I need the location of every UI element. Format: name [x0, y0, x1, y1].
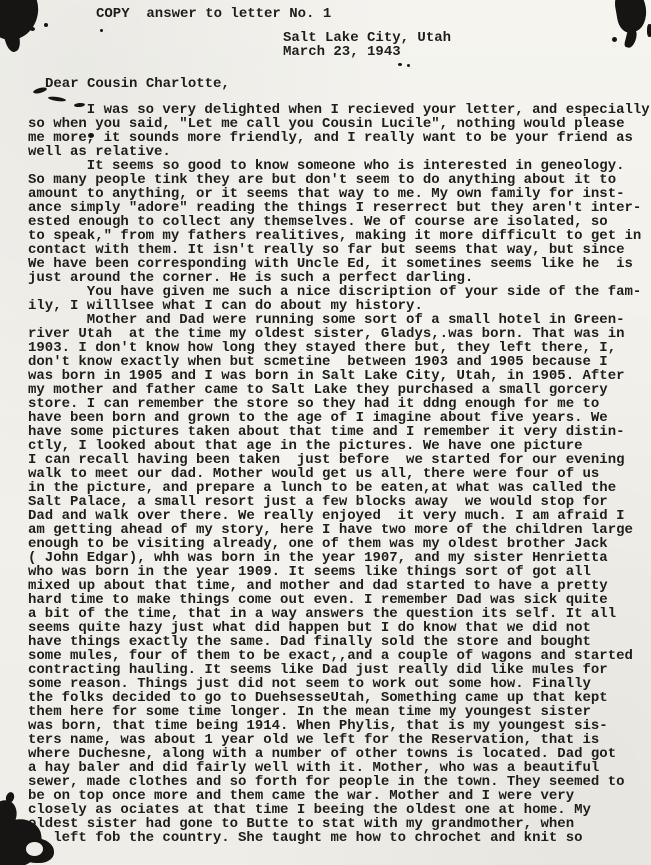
- letter-line: river Utah at the time my oldest sister,…: [28, 327, 647, 341]
- letter-line: was born in 1905 and I was born in Salt …: [28, 369, 647, 383]
- letter-line: I was so very delighted when I recieved …: [28, 103, 647, 117]
- letter-line: sewer, made clothes and so forth for peo…: [28, 775, 647, 789]
- letter-line: so when you said, "Let me call you Cousi…: [28, 117, 647, 131]
- letter-line: enough to be visiting already, one of th…: [28, 537, 647, 551]
- letter-line: Salt Palace, a small resort just a few b…: [28, 495, 647, 509]
- ink-speck: [44, 23, 48, 27]
- letter-line: left fob the country. She taught me how …: [28, 831, 647, 845]
- letter-line: hard time to make things come out even. …: [28, 593, 647, 607]
- letter-line: amount to anything, or it seems that way…: [28, 187, 647, 201]
- letter-line: just around the corner. He is such a per…: [28, 271, 647, 285]
- letter-line: walk to meet our dad. Mother would get u…: [28, 467, 647, 481]
- letter-line: So many people tink they are but don't s…: [28, 173, 647, 187]
- letter-line: mixed up about that time, and mother and…: [28, 579, 647, 593]
- letter-line: my mother and father came to Salt Lake t…: [28, 383, 647, 397]
- salutation: Dear Cousin Charlotte,: [45, 77, 230, 91]
- letter-line: am getting ahead of my story, here I hav…: [28, 523, 647, 537]
- letter-line: store. I can remember the store so they …: [28, 397, 647, 411]
- letter-line: oldest sister had gone to Butte to stat …: [28, 817, 647, 831]
- letter-line: well as relative.: [28, 145, 647, 159]
- letter-line: ( John Edgar), whh was born in the year …: [28, 551, 647, 565]
- letter-line: ance simply "adore" reading the things I…: [28, 201, 647, 215]
- ink-smudge: [33, 86, 48, 94]
- ink-speck: [30, 27, 35, 31]
- letter-place: Salt Lake City, Utah: [283, 31, 451, 45]
- letter-line: them here for some time longer. In the m…: [28, 705, 647, 719]
- ink-speck: [612, 37, 617, 42]
- ink-speck: [88, 133, 94, 138]
- letter-line: You have given me such a nice discriptio…: [28, 285, 647, 299]
- letter-line: ested enough to collect any themselves. …: [28, 215, 647, 229]
- ink-speck: [407, 64, 410, 67]
- letter-line: closely as ociates at that time I beeing…: [28, 803, 647, 817]
- letter-line: some mules, four of them to be exact,,an…: [28, 649, 647, 663]
- letter-line: contracting hauling. It seems like Dad j…: [28, 663, 647, 677]
- letter-line: Dad and walk over there. We really enjoy…: [28, 509, 647, 523]
- letter-line: We have been corresponding with Uncle Ed…: [28, 257, 647, 271]
- letter-line: to speak," from my fathers realitives, m…: [28, 229, 647, 243]
- letter-date: March 23, 1943: [283, 45, 401, 59]
- ink-speck-right-edge: [647, 24, 651, 37]
- letter-line: Mother and Dad were running some sort of…: [28, 313, 647, 327]
- ink-speck: [4, 791, 15, 804]
- copy-heading: COPY answer to letter No. 1: [96, 7, 331, 21]
- letter-line: was born, that time being 1914. When Phy…: [28, 719, 647, 733]
- letter-line: the folks decided to go to DuehsesseUtah…: [28, 691, 647, 705]
- letter-line: where Duchesne, along with a number of o…: [28, 747, 647, 761]
- letter-line: a bit of the time, that in a way answers…: [28, 607, 647, 621]
- ink-speck: [100, 29, 103, 32]
- letter-line: don't know exactly when but scmetine bet…: [28, 355, 647, 369]
- ink-speck: [398, 63, 402, 66]
- letter-line: have things exactly the same. Dad finall…: [28, 635, 647, 649]
- letter-line: ctly, I looked about that age in the pic…: [28, 439, 647, 453]
- letter-line: some reason. Things just did not seem to…: [28, 677, 647, 691]
- letter-line: a hay baler and did fairly well with it.…: [28, 761, 647, 775]
- letter-line: have been born and grown to the age of I…: [28, 411, 647, 425]
- letter-line: in the picture, and prepare a lunch to b…: [28, 481, 647, 495]
- letter-line: ters name, was about 1 year old we left …: [28, 733, 647, 747]
- letter-page: COPY answer to letter No. 1 Salt Lake Ci…: [0, 0, 651, 865]
- letter-line: ily, I willlsee what I can do about my h…: [28, 299, 647, 313]
- letter-line: be on top once more and them came the wa…: [28, 789, 647, 803]
- letter-line: contact with them. It isn't really so fa…: [28, 243, 647, 257]
- letter-line: I can recall having been taken just befo…: [28, 453, 647, 467]
- letter-line: me more, it sounds more friendly, and I …: [28, 131, 647, 145]
- letter-line: 1903. I don't know how long they stayed …: [28, 341, 647, 355]
- ink-blot-hole: [26, 842, 43, 856]
- letter-line: have some pictures taken about that time…: [28, 425, 647, 439]
- letter-line: seems quite hazy just what did happen bu…: [28, 621, 647, 635]
- letter-line: It seems so good to know someone who is …: [28, 159, 647, 173]
- letter-line: who was born in the year 1909. It seems …: [28, 565, 647, 579]
- letter-body: I was so very delighted when I recieved …: [28, 103, 647, 845]
